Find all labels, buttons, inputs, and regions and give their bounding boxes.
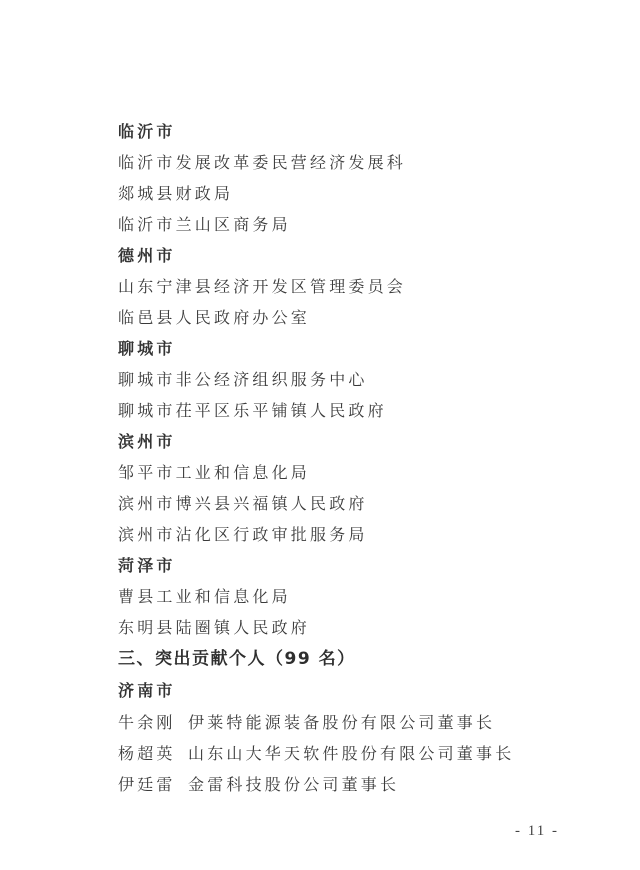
list-item: 曹县工业和信息化局 [118, 587, 291, 607]
list-item: 滨州市沾化区行政审批服务局 [118, 525, 368, 545]
document-page: 临沂市 临沂市发展改革委民营经济发展科 郯城县财政局 临沂市兰山区商务局 德州市… [0, 0, 640, 870]
city-heading-heze: 菏泽市 [118, 556, 176, 576]
person-name: 牛余刚 [118, 713, 188, 733]
city-heading-liaocheng: 聊城市 [118, 339, 176, 359]
list-item: 临沂市兰山区商务局 [118, 215, 291, 235]
person-name: 伊廷雷 [118, 775, 188, 795]
person-row: 伊廷雷金雷科技股份公司董事长 [118, 775, 399, 795]
list-item: 聊城市茌平区乐平铺镇人民政府 [118, 401, 387, 421]
person-row: 杨超英山东山大华天软件股份有限公司董事长 [118, 744, 514, 764]
list-item: 山东宁津县经济开发区管理委员会 [118, 277, 406, 297]
list-item: 郯城县财政局 [118, 184, 233, 204]
person-title: 金雷科技股份公司董事长 [188, 775, 399, 794]
person-name: 杨超英 [118, 744, 188, 764]
person-row: 牛余刚伊莱特能源装备股份有限公司董事长 [118, 713, 495, 733]
city-heading-binzhou: 滨州市 [118, 432, 176, 452]
city-heading-linyi: 临沂市 [118, 122, 176, 142]
list-item: 临邑县人民政府办公室 [118, 308, 310, 328]
list-item: 聊城市非公经济组织服务中心 [118, 370, 368, 390]
section-heading-individuals: 三、突出贡献个人（99 名） [118, 649, 356, 669]
person-title: 山东山大华天软件股份有限公司董事长 [188, 744, 514, 763]
list-item: 临沂市发展改革委民营经济发展科 [118, 153, 406, 173]
page-number: - 11 - [515, 823, 559, 840]
city-heading-jinan: 济南市 [118, 681, 176, 701]
city-heading-dezhou: 德州市 [118, 246, 176, 266]
person-title: 伊莱特能源装备股份有限公司董事长 [188, 713, 495, 732]
list-item: 东明县陆圈镇人民政府 [118, 618, 310, 638]
list-item: 邹平市工业和信息化局 [118, 463, 310, 483]
list-item: 滨州市博兴县兴福镇人民政府 [118, 494, 368, 514]
